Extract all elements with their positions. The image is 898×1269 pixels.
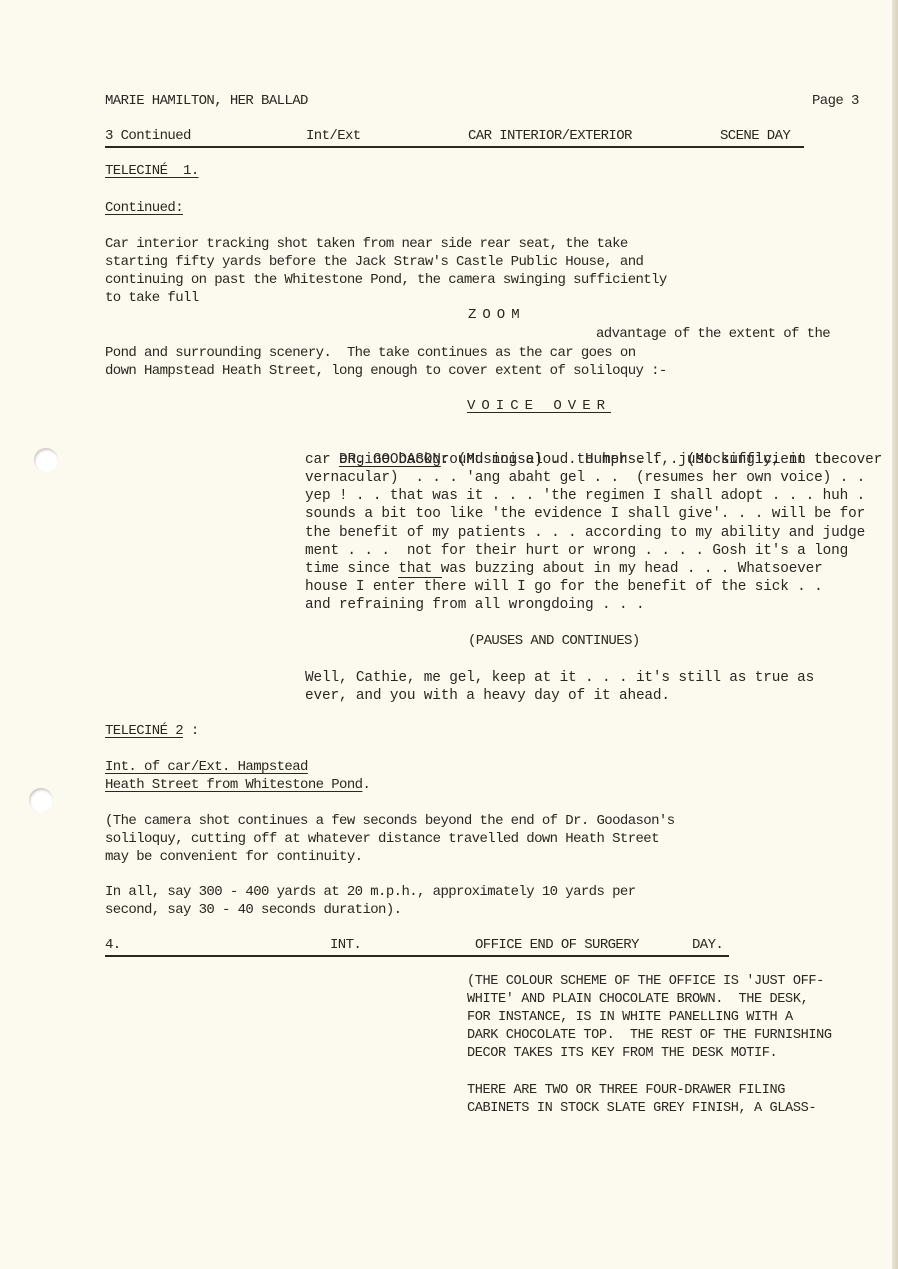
action-line: may be convenient for continuity.: [105, 848, 362, 866]
action-line: second, say 30 - 40 seconds duration).: [105, 901, 401, 919]
scene-location: CAR INTERIOR/EXTERIOR: [468, 127, 632, 145]
action-line: to take full: [105, 289, 199, 307]
script-title: MARIE HAMILTON, HER BALLAD: [105, 92, 308, 110]
script-page: MARIE HAMILTON, HER BALLAD Page 3 3 Cont…: [0, 0, 898, 1269]
scene-heading-rule: [105, 955, 729, 957]
dialogue-line: yep ! . . that was it . . . 'the regimen…: [305, 487, 865, 505]
dialogue-line: ment . . . not for their hurt or wrong .…: [305, 542, 848, 560]
description-line: CABINETS IN STOCK SLATE GREY FINISH, A G…: [467, 1100, 816, 1118]
description-line: THERE ARE TWO OR THREE FOUR-DRAWER FILIN…: [467, 1082, 785, 1100]
action-line: soliloquy, cutting off at whatever dista…: [105, 830, 659, 848]
telecine-2-heading: TELECINÉ 2 :: [105, 722, 199, 740]
dialogue-line: ever, and you with a heavy day of it ahe…: [305, 687, 670, 705]
scene-time: DAY.: [692, 936, 723, 954]
dialogue-line: the benefit of my patients . . . accordi…: [305, 524, 865, 542]
telecine-2-subheading: Int. of car/Ext. Hampstead: [105, 758, 308, 776]
description-line: DARK CHOCOLATE TOP. THE REST OF THE FURN…: [467, 1027, 832, 1045]
action-line: Pond and surrounding scenery. The take c…: [105, 344, 636, 362]
dialogue-line: car engine background noise) . . Humph .…: [305, 451, 840, 469]
page-number: Page 3: [812, 92, 859, 110]
description-line: (THE COLOUR SCHEME OF THE OFFICE IS 'JUS…: [467, 973, 824, 991]
scene-number: 4.: [105, 936, 121, 954]
punch-hole: [29, 788, 53, 812]
continued-label: Continued:: [105, 199, 183, 217]
action-line: In all, say 300 - 400 yards at 20 m.p.h.…: [105, 883, 636, 901]
action-line: Car interior tracking shot taken from ne…: [105, 235, 628, 253]
zoom-direction: ZOOM: [468, 306, 526, 324]
page-edge-shadow: [892, 0, 898, 1269]
action-line: advantage of the extent of the: [596, 325, 830, 343]
dialogue-line: house I enter there will I go for the be…: [305, 578, 823, 596]
parenthetical: (PAUSES AND CONTINUES): [468, 632, 640, 650]
scene-time: SCENE DAY: [720, 127, 790, 145]
dialogue-line: Well, Cathie, me gel, keep at it . . . i…: [305, 669, 814, 687]
telecine-1-heading: TELECINÉ 1.: [105, 162, 199, 180]
description-line: DECOR TAKES ITS KEY FROM THE DESK MOTIF.: [467, 1045, 777, 1063]
dialogue-line: and refraining from all wrongdoing . . .: [305, 596, 644, 614]
punch-hole: [34, 448, 58, 472]
scene-number: 3 Continued: [105, 127, 191, 145]
action-line: continuing on past the Whitestone Pond, …: [105, 271, 667, 289]
scene-location: OFFICE END OF SURGERY: [475, 936, 639, 954]
action-line: down Hampstead Heath Street, long enough…: [105, 362, 667, 380]
dialogue-line: sounds a bit too like 'the evidence I sh…: [305, 505, 865, 523]
description-line: FOR INSTANCE, IS IN WHITE PANELLING WITH…: [467, 1009, 793, 1027]
dialogue-line: time since that was buzzing about in my …: [305, 560, 823, 578]
description-line: WHITE' AND PLAIN CHOCOLATE BROWN. THE DE…: [467, 991, 808, 1009]
scene-int-ext: INT.: [330, 936, 361, 954]
dialogue-line: vernacular) . . . 'ang abaht gel . . (re…: [305, 469, 865, 487]
voice-over-heading: VOICE OVER: [467, 397, 611, 415]
action-line: starting fifty yards before the Jack Str…: [105, 253, 643, 271]
telecine-2-subheading: Heath Street from Whitestone Pond.: [105, 776, 370, 794]
scene-heading-rule: [105, 146, 804, 148]
scene-int-ext: Int/Ext: [306, 127, 361, 145]
action-line: (The camera shot continues a few seconds…: [105, 812, 675, 830]
